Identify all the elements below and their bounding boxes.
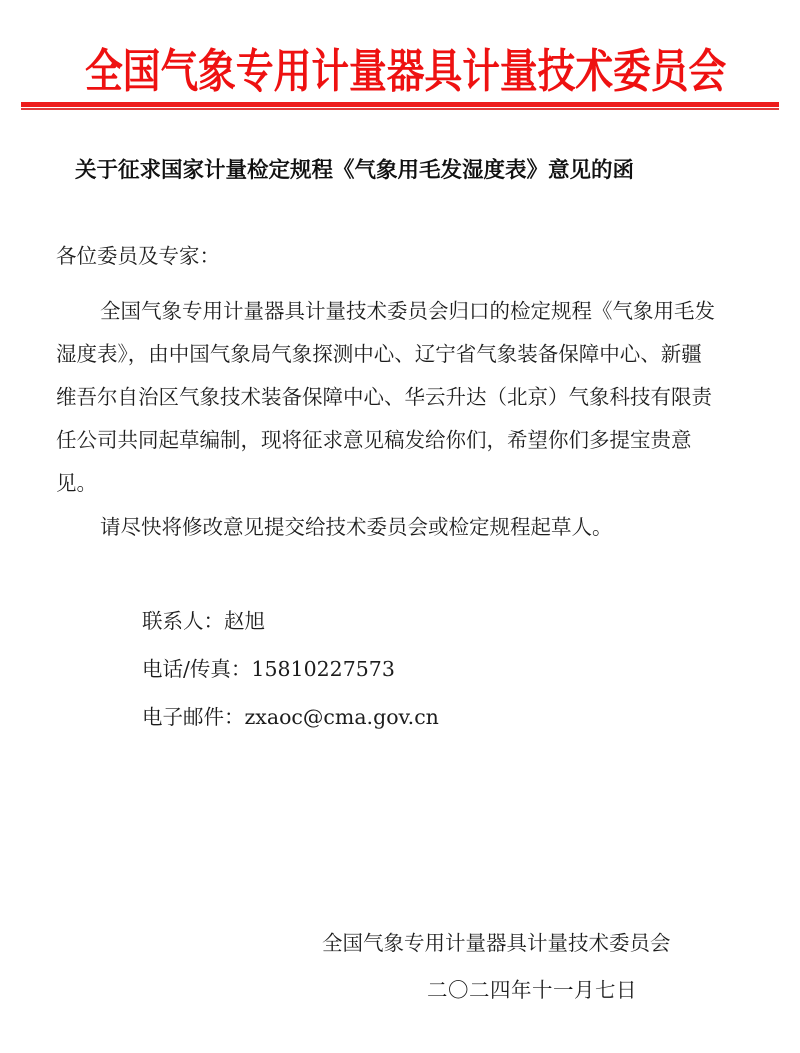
paragraph-1-line-5: 见。: [56, 468, 97, 498]
letterhead-organization: 全国气象专用计量器具计量技术委员会: [85, 44, 730, 98]
paragraph-1-line-2: 湿度表》，由中国气象局气象探测中心、辽宁省气象装备保障中心、新疆: [56, 339, 702, 369]
contact-phone-row: 电话/传真：15810227573: [142, 654, 395, 684]
contact-phone-label: 电话/传真：: [142, 657, 251, 681]
signature-organization: 全国气象专用计量器具计量技术委员会: [322, 928, 671, 958]
letterhead-text: 全国气象专用计量器具计量技术委员会: [85, 44, 726, 98]
contact-person-name: 赵旭: [224, 609, 265, 633]
contact-person-row: 联系人：赵旭: [142, 606, 265, 636]
letterhead-rule-thick: [21, 102, 779, 107]
letterhead-rule-thin: [21, 108, 779, 110]
contact-email-address: zxaoc@cma.gov.cn: [245, 705, 439, 729]
contact-person-label: 联系人：: [142, 609, 224, 633]
signature-date: 二〇二四年十一月七日: [427, 975, 637, 1005]
paragraph-2: 请尽快将修改意见提交给技术委员会或检定规程起草人。: [100, 512, 613, 542]
paragraph-1-line-3: 维吾尔自治区气象技术装备保障中心、华云升达（北京）气象科技有限责: [56, 382, 712, 412]
contact-phone-number: 15810227573: [251, 657, 394, 681]
contact-email-row: 电子邮件：zxaoc@cma.gov.cn: [142, 702, 439, 732]
document-title: 关于征求国家计量检定规程《气象用毛发湿度表》意见的函: [75, 156, 735, 186]
salutation: 各位委员及专家：: [56, 241, 220, 271]
paragraph-1-line-1: 全国气象专用计量器具计量技术委员会归口的检定规程《气象用毛发: [100, 296, 715, 326]
contact-email-label: 电子邮件：: [142, 705, 245, 729]
paragraph-1-line-4: 任公司共同起草编制，现将征求意见稿发给你们，希望你们多提宝贵意: [56, 425, 692, 455]
